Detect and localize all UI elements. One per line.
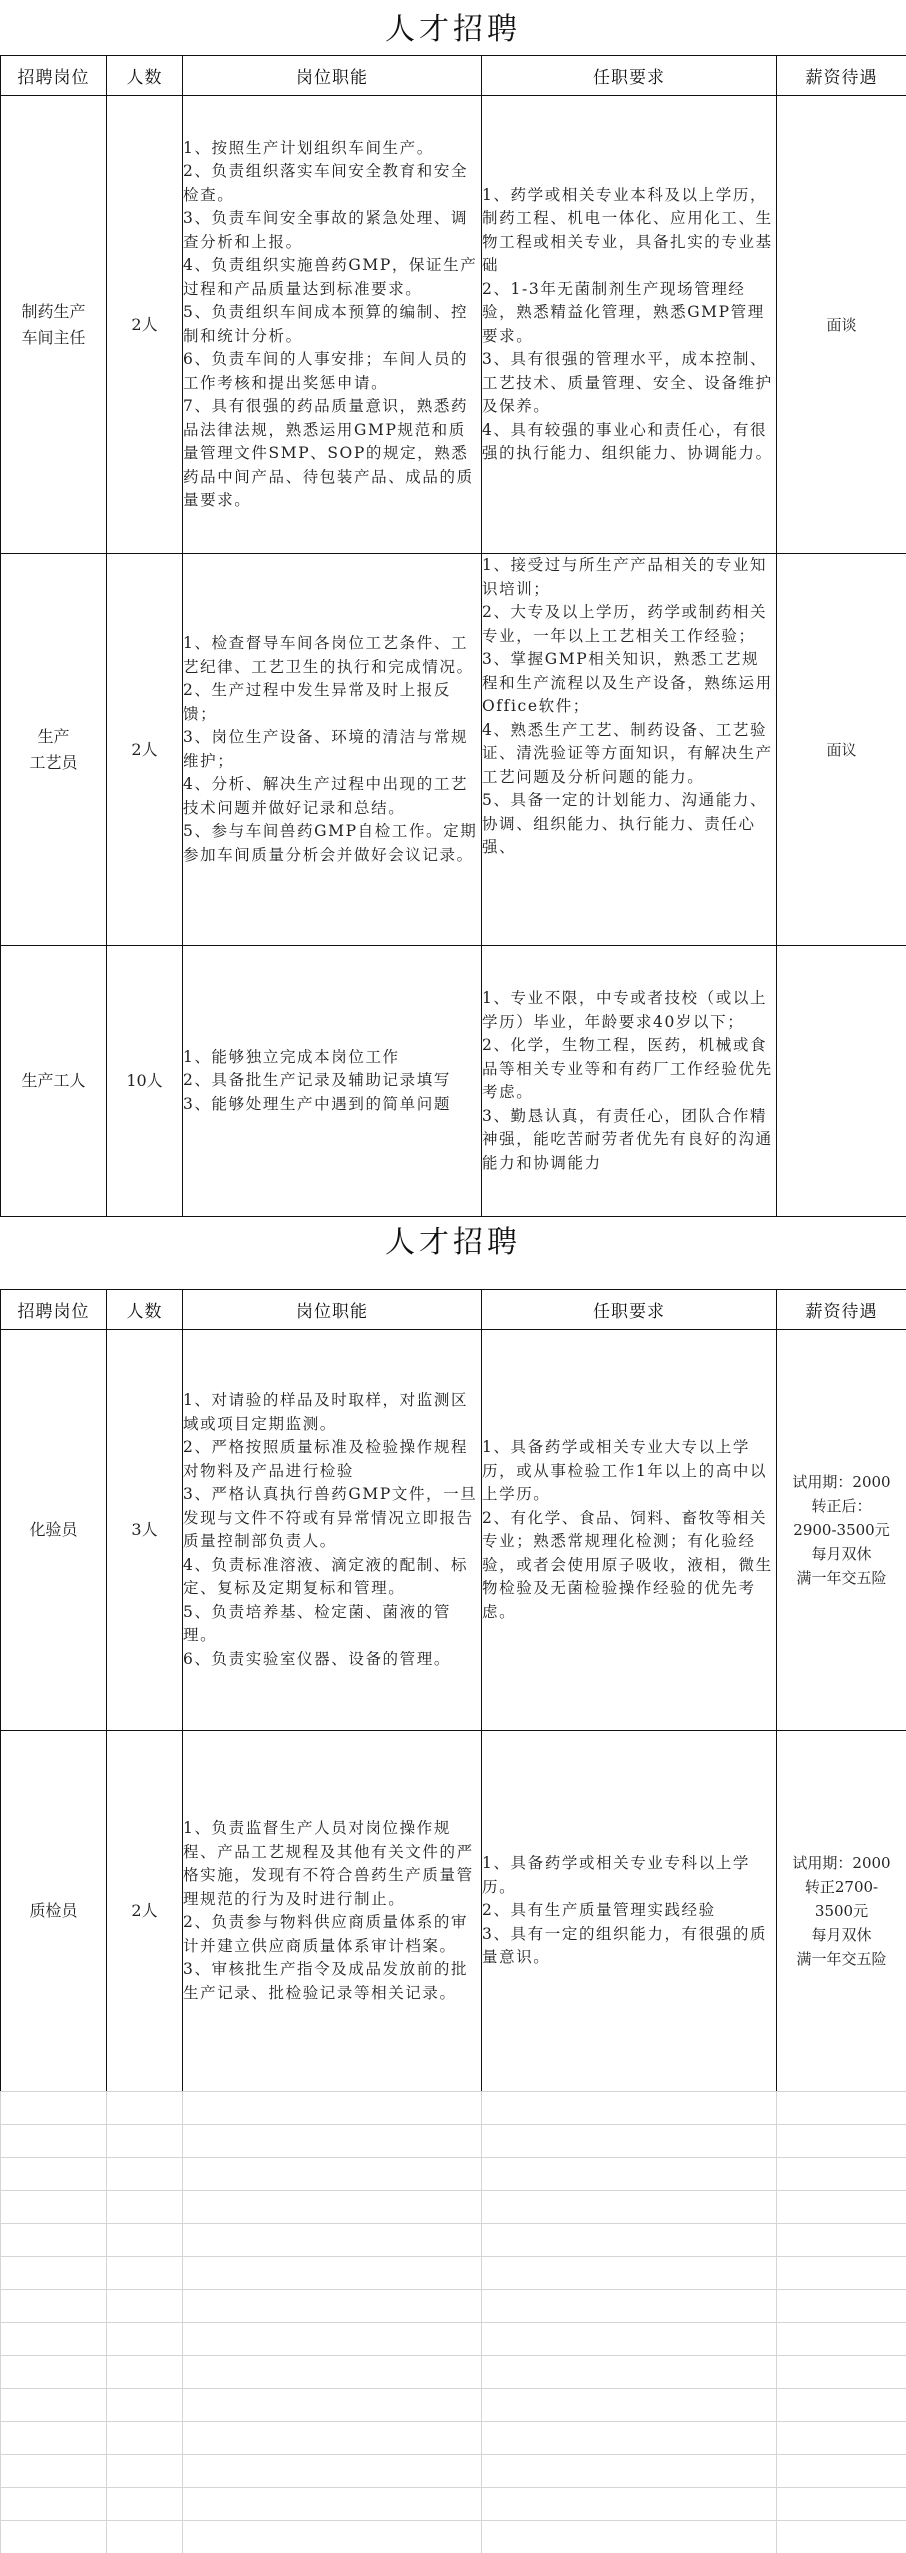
salary-cell: 试用期：2000 转正后： 2900-3500元 每月双休 满一年交五险 [777,1330,906,1731]
empty-row [1,2290,906,2323]
salary-cell: 试用期：2000 转正2700- 3500元 每月双休 满一年交五险 [777,1731,906,2092]
empty-row [1,2488,906,2521]
empty-cell[interactable] [1,2389,107,2422]
empty-cell[interactable] [777,2191,906,2224]
empty-cell[interactable] [1,2356,107,2389]
count-cell: 2人 [107,96,183,554]
table-row: 质检员 2人 1、负责监督生产人员对岗位操作规程、产品工艺规程及其他有关文件的严… [1,1731,906,2092]
empty-cell[interactable] [1,2323,107,2356]
empty-cell[interactable] [777,2356,906,2389]
empty-cell[interactable] [777,2455,906,2488]
empty-cell[interactable] [183,2224,482,2257]
empty-cell[interactable] [107,2092,183,2125]
empty-cell[interactable] [482,2224,777,2257]
empty-row [1,2521,906,2553]
empty-cell[interactable] [183,2455,482,2488]
empty-row [1,2125,906,2158]
header-position: 招聘岗位 [1,56,107,96]
empty-cell[interactable] [777,2290,906,2323]
count-cell: 2人 [107,1731,183,2092]
empty-cell[interactable] [107,2521,183,2553]
empty-cell[interactable] [777,2257,906,2290]
empty-cell[interactable] [107,2422,183,2455]
empty-cell[interactable] [777,2224,906,2257]
empty-row [1,2323,906,2356]
empty-cell[interactable] [107,2323,183,2356]
empty-cell[interactable] [183,2389,482,2422]
header-salary: 薪资待遇 [777,56,906,96]
empty-cell[interactable] [482,2521,777,2553]
requirements-cell: 1、具备药学或相关专业大专以上学历，或从事检验工作1年以上的高中以上学历。 2、… [482,1330,777,1731]
position-cell: 化验员 [1,1330,107,1731]
empty-cell[interactable] [777,2125,906,2158]
empty-cell[interactable] [107,2191,183,2224]
empty-cell[interactable] [482,2323,777,2356]
position-cell: 生产 工艺员 [1,554,107,946]
empty-cell[interactable] [183,2257,482,2290]
empty-cell[interactable] [777,2521,906,2553]
empty-row [1,2158,906,2191]
requirements-cell: 1、接受过与所生产产品相关的专业知识培训； 2、大专及以上学历，药学或制药相关专… [482,554,777,946]
empty-cell[interactable] [107,2158,183,2191]
duties-cell: 1、负责监督生产人员对岗位操作规程、产品工艺规程及其他有关文件的严格实施，发现有… [183,1731,482,2092]
header-duties: 岗位职能 [183,56,482,96]
requirements-cell: 1、具备药学或相关专业专科以上学历。 2、具有生产质量管理实践经验 3、具有一定… [482,1731,777,2092]
duties-cell: 1、能够独立完成本岗位工作 2、具备批生产记录及辅助记录填写 3、能够处理生产中… [183,946,482,1217]
empty-row [1,2389,906,2422]
header-position: 招聘岗位 [1,1290,107,1330]
empty-row [1,2422,906,2455]
table-row: 制药生产 车间主任 2人 1、按照生产计划组织车间生产。 2、负责组织落实车间安… [1,96,906,554]
empty-row [1,2455,906,2488]
empty-cell[interactable] [1,2191,107,2224]
duties-cell: 1、检查督导车间各岗位工艺条件、工艺纪律、工艺卫生的执行和完成情况。 2、生产过… [183,554,482,946]
position-cell: 制药生产 车间主任 [1,96,107,554]
count-cell: 3人 [107,1330,183,1731]
recruitment-table-2: 招聘岗位 人数 岗位职能 任职要求 薪资待遇 化验员 3人 1、对请验的样品及时… [0,1289,906,2092]
empty-cell[interactable] [1,2290,107,2323]
empty-cell[interactable] [482,2422,777,2455]
empty-row [1,2092,906,2125]
empty-cell[interactable] [183,2488,482,2521]
empty-cell[interactable] [482,2290,777,2323]
empty-cell[interactable] [482,2455,777,2488]
page-title-1: 人才招聘 [0,6,906,54]
duties-cell: 1、按照生产计划组织车间生产。 2、负责组织落实车间安全教育和安全检查。 3、负… [183,96,482,554]
empty-cell[interactable] [183,2422,482,2455]
empty-cell[interactable] [1,2488,107,2521]
empty-cell[interactable] [777,2389,906,2422]
empty-cell[interactable] [1,2521,107,2553]
header-requirements: 任职要求 [482,56,777,96]
empty-cell[interactable] [183,2092,482,2125]
count-cell: 10人 [107,946,183,1217]
empty-cell[interactable] [482,2158,777,2191]
recruitment-table-1: 招聘岗位 人数 岗位职能 任职要求 薪资待遇 制药生产 车间主任 2人 1、按照… [0,55,906,1217]
empty-cell[interactable] [183,2521,482,2553]
empty-row [1,2257,906,2290]
empty-row [1,2224,906,2257]
table-row: 生产 工艺员 2人 1、检查督导车间各岗位工艺条件、工艺纪律、工艺卫生的执行和完… [1,554,906,946]
empty-cell[interactable] [482,2125,777,2158]
empty-cell[interactable] [777,2158,906,2191]
empty-row [1,2356,906,2389]
header-count: 人数 [107,56,183,96]
empty-cell[interactable] [183,2323,482,2356]
empty-cell[interactable] [107,2455,183,2488]
table-row: 生产工人 10人 1、能够独立完成本岗位工作 2、具备批生产记录及辅助记录填写 … [1,946,906,1217]
salary-cell: 面议 [777,554,906,946]
empty-cell[interactable] [107,2125,183,2158]
empty-cell[interactable] [777,2092,906,2125]
empty-cell[interactable] [1,2224,107,2257]
requirements-cell: 1、药学或相关专业本科及以上学历，制药工程、机电一体化、应用化工、生物工程或相关… [482,96,777,554]
empty-cell[interactable] [1,2158,107,2191]
position-cell: 生产工人 [1,946,107,1217]
header-row: 招聘岗位 人数 岗位职能 任职要求 薪资待遇 [1,1290,906,1330]
empty-cell[interactable] [107,2488,183,2521]
page-title-2: 人才招聘 [0,1218,906,1268]
empty-cell[interactable] [482,2488,777,2521]
empty-cell[interactable] [183,2290,482,2323]
salary-cell: 面谈 [777,96,906,554]
empty-cell[interactable] [1,2422,107,2455]
empty-cell[interactable] [107,2356,183,2389]
position-cell: 质检员 [1,1731,107,2092]
count-cell: 2人 [107,554,183,946]
empty-cell[interactable] [1,2125,107,2158]
empty-cell[interactable] [107,2257,183,2290]
empty-grid [0,2091,906,2553]
empty-cell[interactable] [183,2158,482,2191]
header-requirements: 任职要求 [482,1290,777,1330]
empty-cell[interactable] [107,2224,183,2257]
empty-row [1,2191,906,2224]
empty-cell[interactable] [777,2323,906,2356]
header-salary: 薪资待遇 [777,1290,906,1330]
empty-cell[interactable] [482,2092,777,2125]
empty-cell[interactable] [1,2257,107,2290]
header-count: 人数 [107,1290,183,1330]
salary-cell [777,946,906,1217]
empty-cell[interactable] [482,2191,777,2224]
empty-cell[interactable] [183,2125,482,2158]
empty-cell[interactable] [107,2290,183,2323]
empty-cell[interactable] [482,2257,777,2290]
header-duties: 岗位职能 [183,1290,482,1330]
empty-cell[interactable] [777,2488,906,2521]
empty-cell[interactable] [482,2389,777,2422]
empty-cell[interactable] [777,2422,906,2455]
empty-cell[interactable] [1,2092,107,2125]
empty-cell[interactable] [183,2356,482,2389]
empty-cell[interactable] [183,2191,482,2224]
empty-cell[interactable] [107,2389,183,2422]
header-row: 招聘岗位 人数 岗位职能 任职要求 薪资待遇 [1,56,906,96]
table-row: 化验员 3人 1、对请验的样品及时取样，对监测区域或项目定期监测。 2、严格按照… [1,1330,906,1731]
duties-cell: 1、对请验的样品及时取样，对监测区域或项目定期监测。 2、严格按照质量标准及检验… [183,1330,482,1731]
empty-cell[interactable] [482,2356,777,2389]
empty-cell[interactable] [1,2455,107,2488]
requirements-cell: 1、专业不限，中专或者技校（或以上学历）毕业，年龄要求40岁以下； 2、化学，生… [482,946,777,1217]
